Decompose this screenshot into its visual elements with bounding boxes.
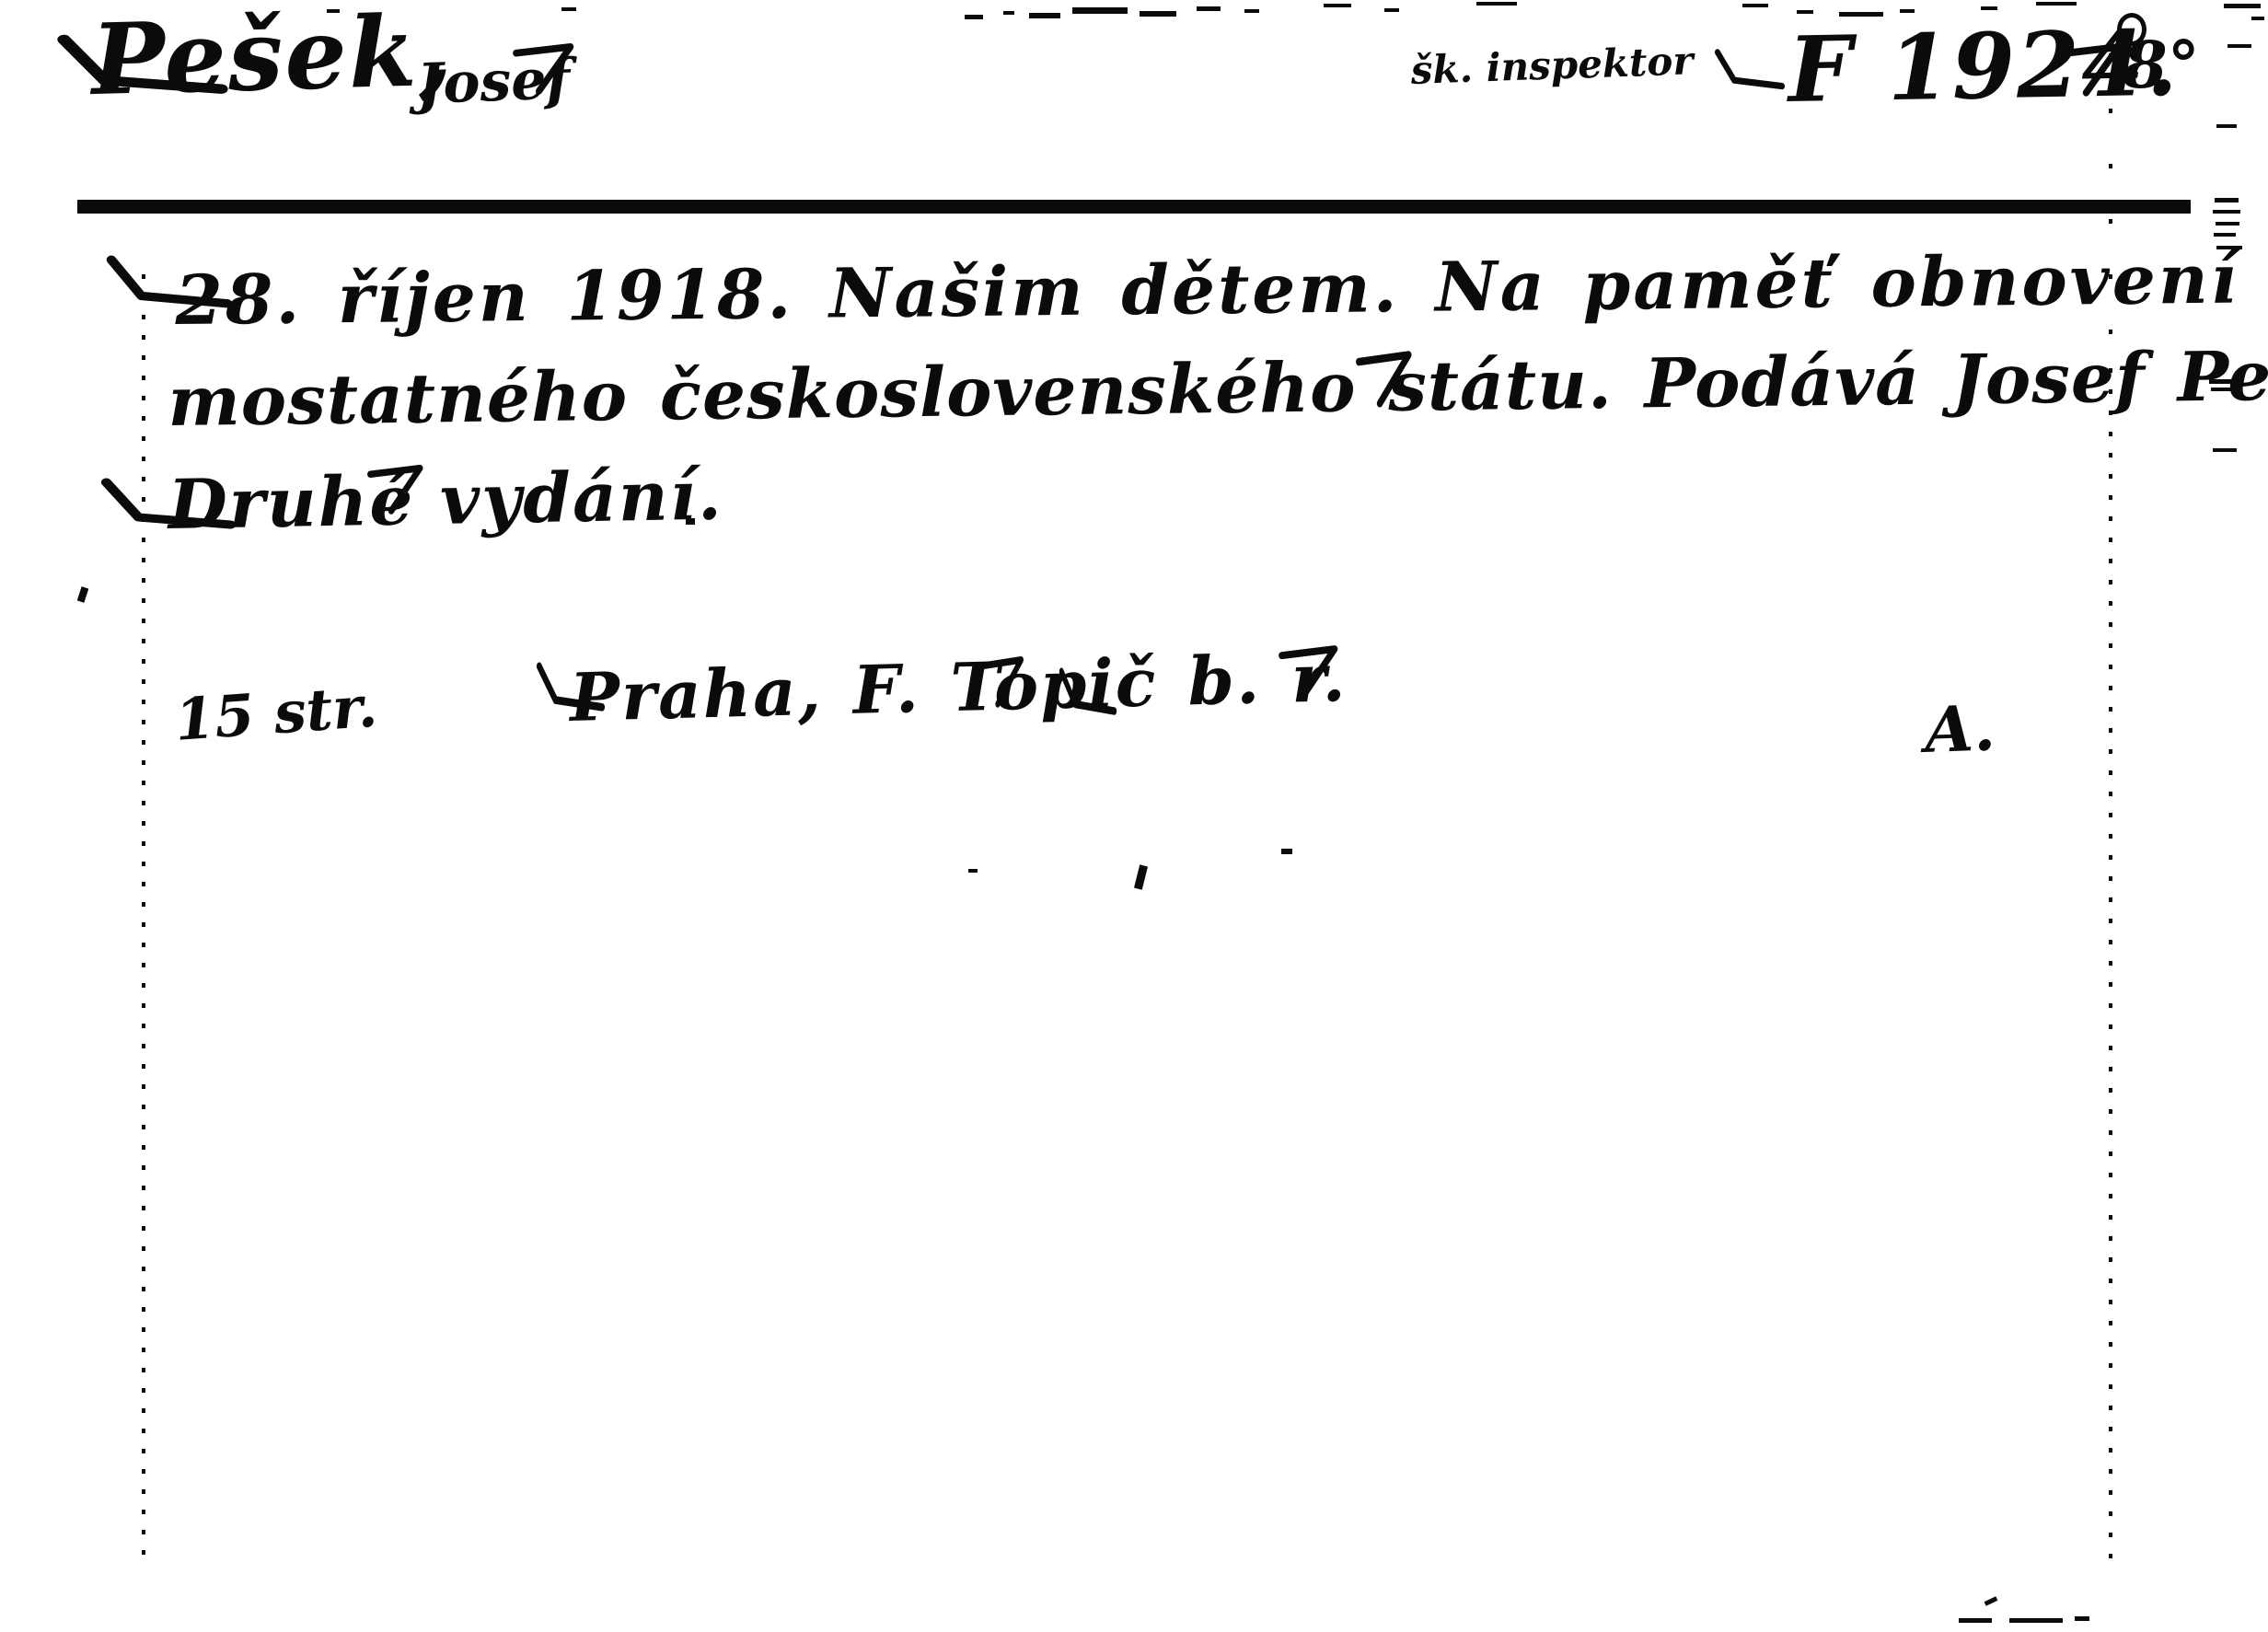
scan-noise: [965, 15, 983, 19]
insertion-mark-open-icon: [1714, 48, 1786, 92]
scan-noise: [2227, 44, 2251, 48]
scan-noise: [1140, 11, 1176, 17]
scan-noise: [2009, 1618, 2063, 1623]
scan-noise: [2211, 388, 2239, 391]
scan-noise: [1959, 1618, 1992, 1623]
scan-noise: [1134, 864, 1148, 889]
shelf-letter: A.: [1924, 697, 1996, 762]
insertion-mark-close-icon: [512, 41, 576, 96]
scan-noise: [2216, 246, 2242, 249]
scan-noise: [1384, 8, 1399, 12]
right-dotted-border: [2109, 53, 2112, 368]
insertion-mark-close-icon: [1355, 348, 1414, 409]
insertion-mark-open-icon: [105, 254, 234, 311]
scan-noise: [1797, 10, 1813, 14]
scan-noise: [1742, 4, 1768, 7]
scan-noise: [2216, 124, 2237, 128]
scan-noise: [2214, 233, 2236, 237]
insertion-mark-close-icon: [2058, 41, 2124, 98]
title-line-2: mostatného československého státu. Podáv…: [168, 341, 2268, 436]
left-dotted-border: [142, 274, 145, 1570]
scan-noise: [1281, 849, 1292, 854]
scan-noise: [2036, 2, 2077, 6]
scan-noise: [2213, 448, 2237, 452]
title-line-1: 28. říjen 1918. Našim dětem. Na paměť ob…: [175, 244, 2268, 335]
inspector-annotation: šk. inspektor: [1410, 41, 1694, 90]
scan-noise: [686, 518, 695, 525]
scan-noise: [2075, 1616, 2089, 1621]
scan-noise: [1029, 13, 1060, 18]
scan-noise: [1981, 6, 1997, 10]
imprint: Praha, F. Topič b. r.: [569, 644, 1348, 731]
scan-noise: [2251, 17, 2264, 20]
scan-noise: [327, 9, 340, 13]
scan-noise: [2215, 198, 2239, 203]
scan-noise: [1197, 6, 1221, 11]
right-dotted-border: [2109, 368, 2112, 1565]
scan-noise: [77, 586, 89, 603]
scan-noise: [1244, 9, 1259, 13]
scan-noise: [2209, 379, 2237, 384]
scan-noise: [2216, 222, 2239, 226]
scan-noise: [1839, 12, 1883, 17]
insertion-mark-close-icon: [366, 462, 425, 515]
title-line-3: Druhé vydání.: [168, 461, 723, 539]
scan-noise: [1072, 7, 1128, 14]
scan-noise: [1003, 11, 1014, 15]
collation: 15 str.: [173, 678, 379, 749]
insertion-mark-open-icon: [55, 33, 230, 98]
insertion-mark-open-icon: [99, 477, 237, 532]
insertion-mark-close-icon: [1278, 642, 1340, 700]
scan-noise: [2213, 210, 2240, 214]
scan-noise: [2224, 4, 2261, 8]
scan-noise: [1900, 9, 1915, 13]
insertion-mark-open-icon: [1059, 666, 1117, 718]
scan-noise: [968, 869, 978, 873]
header-rule: [77, 200, 2191, 214]
scan-noise: [561, 7, 576, 11]
insertion-mark-close-icon: [978, 654, 1025, 709]
scan-noise: [1324, 4, 1351, 7]
scan-noise: [1476, 2, 1517, 6]
insertion-mark-open-icon: [536, 661, 606, 714]
scan-noise: [1984, 1596, 1998, 1605]
catalog-card: Pešek, Josef šk. inspektor F 1924. 8° 28…: [0, 0, 2268, 1632]
